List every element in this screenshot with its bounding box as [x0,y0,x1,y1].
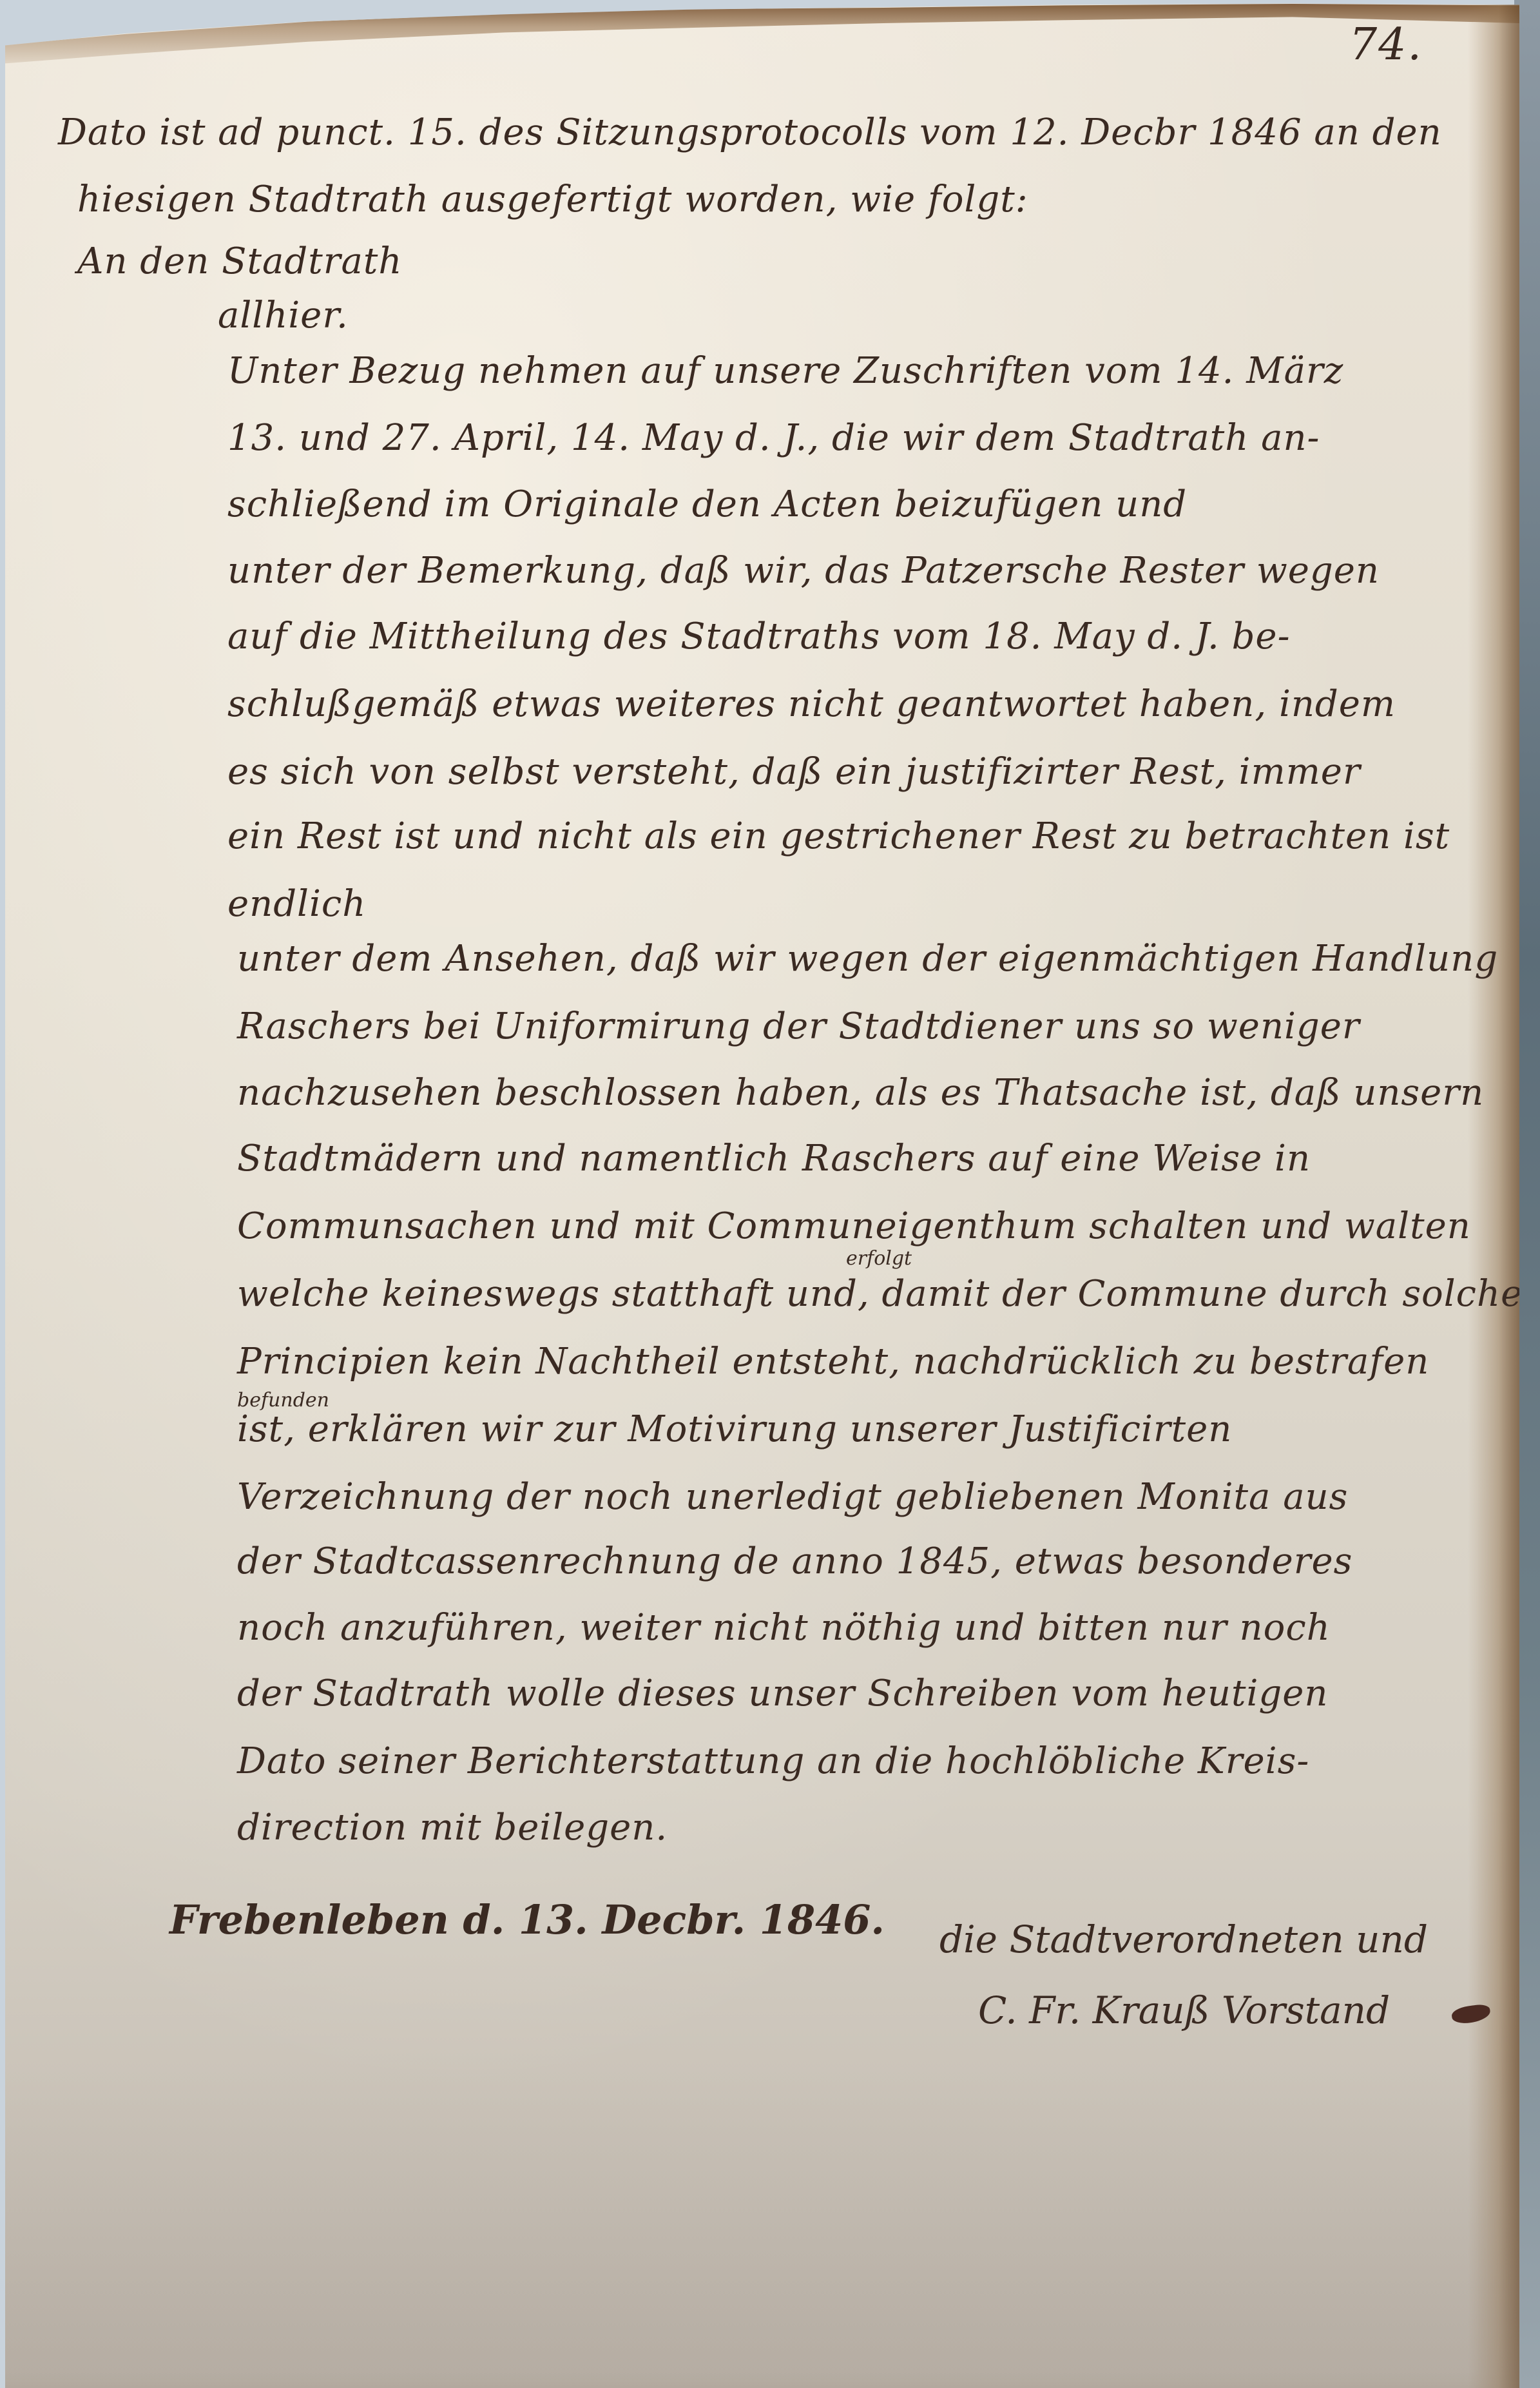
page-edge-discoloration [1468,0,1519,2388]
text-line-15: Raschers bei Uniformirung der Stadtdiene… [237,1009,1360,1045]
text-line-9: auf die Mittheilung des Stadtraths vom 1… [227,619,1290,655]
text-line-19: welche keineswegs statthaft und, damit d… [237,1276,1523,1312]
salutation-allhier: allhier. [218,298,349,334]
text-line-27: direction mit beilegen. [237,1810,668,1846]
text-line-23: der Stadtcassenrechnung de anno 1845, et… [237,1544,1352,1580]
text-line-24: noch anzuführen, weiter nicht nöthig und… [237,1610,1331,1646]
text-line-1: Dato ist ad punct. 15. des Sitzungsproto… [58,115,1442,151]
signature-title: die Stadtverordneten und [939,1917,1428,1961]
burnt-top-edge [5,0,1519,77]
place-and-date: Frebenleben d. 13. Decbr. 1846. [169,1896,885,1943]
text-line-12: ein Rest ist und nicht als ein gestriche… [227,819,1450,855]
text-line-18: Communsachen und mit Communeigenthum sch… [237,1209,1471,1245]
text-line-7: schließend im Originale den Acten beizuf… [227,487,1187,523]
text-line-25: der Stadtrath wolle dieses unser Schreib… [237,1676,1328,1712]
folio-number: 74. [1349,19,1423,70]
page-shadow [5,2066,1519,2388]
text-line-5: Unter Bezug nehmen auf unsere Zuschrifte… [227,353,1343,389]
interlinear-insertion: erfolgt [846,1247,912,1270]
text-line-11: es sich von selbst versteht, daß ein jus… [227,754,1361,790]
text-line-2: hiesigen Stadtrath ausgefertigt worden, … [77,182,1028,218]
signature-name: C. Fr. Krauß Vorstand [978,1988,1390,2032]
text-line-17: Stadtmädern und namentlich Raschers auf … [237,1141,1311,1177]
text-line-endlich: endlich [227,886,366,922]
text-line-21: ist, erklären wir zur Motivirung unserer… [237,1412,1232,1448]
text-line-6: 13. und 27. April, 14. May d. J., die wi… [227,420,1320,456]
text-line-8: unter der Bemerkung, daß wir, das Patzer… [227,553,1380,589]
text-line-26: Dato seiner Berichterstattung an die hoc… [237,1743,1309,1780]
text-line-16: nachzusehen beschlossen haben, als es Th… [237,1075,1484,1111]
text-line-14: unter dem Ansehen, daß wir wegen der eig… [237,941,1498,977]
text-line-7-content: schließend im Originale den Acten beizuf… [227,483,1187,525]
text-line-22: Verzeichnung der noch unerledigt geblieb… [237,1479,1348,1515]
text-line-20: Principien kein Nachtheil entsteht, nach… [237,1344,1429,1380]
manuscript-page: 74. Dato ist ad punct. 15. des Sitzungsp… [5,0,1519,2388]
salutation-line: An den Stadtrath [77,244,403,280]
text-line-10: schlußgemäß etwas weiteres nicht geantwo… [227,686,1396,723]
